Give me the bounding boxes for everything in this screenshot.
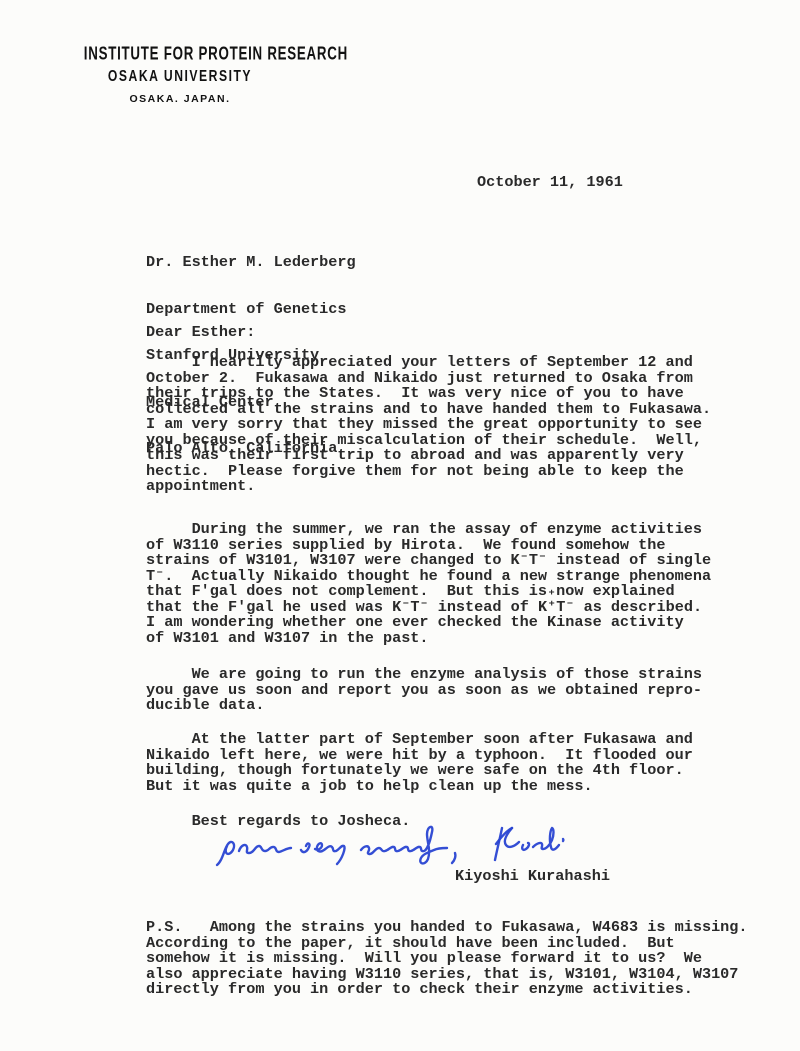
letterhead-university-name: OSAKA UNIVERSITY — [81, 69, 279, 85]
letterhead-location: OSAKA. JAPAN. — [50, 94, 310, 105]
letterhead-institute-name: INSTITUTE FOR PROTEIN RESEARCH — [84, 44, 276, 63]
postscript: P.S. Among the strains you handed to Fuk… — [146, 920, 748, 998]
paragraph-1: I heartily appreciated your letters of S… — [146, 355, 711, 495]
recipient-name: Dr. Esther M. Lederberg — [146, 255, 356, 271]
letter-date: October 11, 1961 — [477, 175, 623, 191]
sender-typed-name: Kiyoshi Kurahashi — [455, 869, 610, 885]
letterhead: INSTITUTE FOR PROTEIN RESEARCH OSAKA UNI… — [50, 44, 310, 105]
letter-page: INSTITUTE FOR PROTEIN RESEARCH OSAKA UNI… — [0, 0, 800, 1051]
recipient-department: Department of Genetics — [146, 302, 356, 318]
paragraph-4: At the latter part of September soon aft… — [146, 732, 693, 794]
paragraph-2: During the summer, we ran the assay of e… — [146, 522, 711, 646]
paragraph-3: We are going to run the enzyme analysis … — [146, 667, 702, 714]
salutation: Dear Esther: — [146, 325, 255, 341]
